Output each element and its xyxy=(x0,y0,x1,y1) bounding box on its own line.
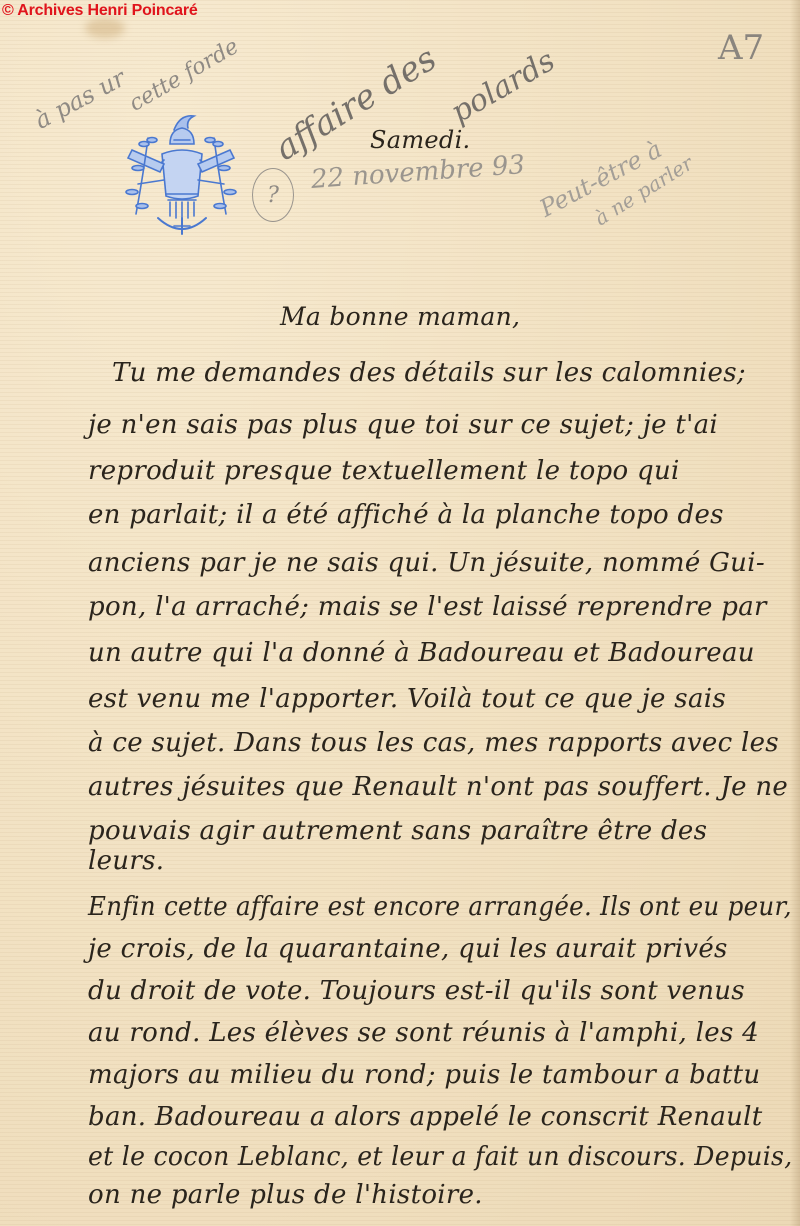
letter-line: majors au milieu du rond; puis le tambou… xyxy=(88,1060,760,1090)
paper-stain xyxy=(85,18,125,38)
letter-line: on ne parle plus de l'histoire. xyxy=(88,1180,483,1210)
pencil-note-left-1: à pas ur xyxy=(30,64,130,135)
letter-line: un autre qui l'a donné à Badoureau et Ba… xyxy=(88,638,755,668)
letter-line: pouvais agir autrement sans paraître êtr… xyxy=(88,816,707,846)
copyright-notice: © Archives Henri Poincaré xyxy=(2,2,198,20)
letter-line: Enfin cette affaire est encore arrangée.… xyxy=(88,892,792,922)
manuscript-page: © Archives Henri Poincaré à pas ur cette… xyxy=(0,0,800,1226)
letter-line: du droit de vote. Toujours est-il qu'ils… xyxy=(88,976,745,1006)
letter-line: je crois, de la quarantaine, qui les aur… xyxy=(88,934,728,964)
letter-line: est venu me l'apporter. Voilà tout ce qu… xyxy=(88,684,726,714)
letter-line: et le cocon Leblanc, et leur a fait un d… xyxy=(88,1142,792,1172)
polytechnique-crest-icon xyxy=(118,110,244,238)
letter-line: leurs. xyxy=(88,846,164,876)
letter-line: en parlait; il a été affiché à la planch… xyxy=(88,500,724,530)
letter-line: autres jésuites que Renault n'ont pas so… xyxy=(88,772,788,802)
salutation: Ma bonne maman, xyxy=(280,302,520,331)
pencil-note-polards: polards xyxy=(445,43,561,130)
date-query-mark: ? xyxy=(252,168,294,222)
letter-line: je n'en sais pas plus que toi sur ce suj… xyxy=(88,410,718,440)
letter-line: Tu me demandes des détails sur les calom… xyxy=(112,358,746,388)
letter-line: reproduit presque textuellement le topo … xyxy=(88,456,680,486)
archive-ref: A7 xyxy=(718,28,764,68)
letter-line: ban. Badoureau a alors appelé le conscri… xyxy=(88,1102,763,1132)
letter-line: au rond. Les élèves se sont réunis à l'a… xyxy=(88,1018,759,1048)
letter-line: à ce sujet. Dans tous les cas, mes rappo… xyxy=(88,728,779,758)
heading-day: Samedi. xyxy=(370,126,470,154)
pencil-note-left-2: cette forde xyxy=(125,34,243,117)
letter-line: anciens par je ne sais qui. Un jésuite, … xyxy=(88,548,765,578)
pencil-date: 22 novembre 93 xyxy=(310,150,526,195)
letter-line: pon, l'a arraché; mais se l'est laissé r… xyxy=(88,592,767,622)
